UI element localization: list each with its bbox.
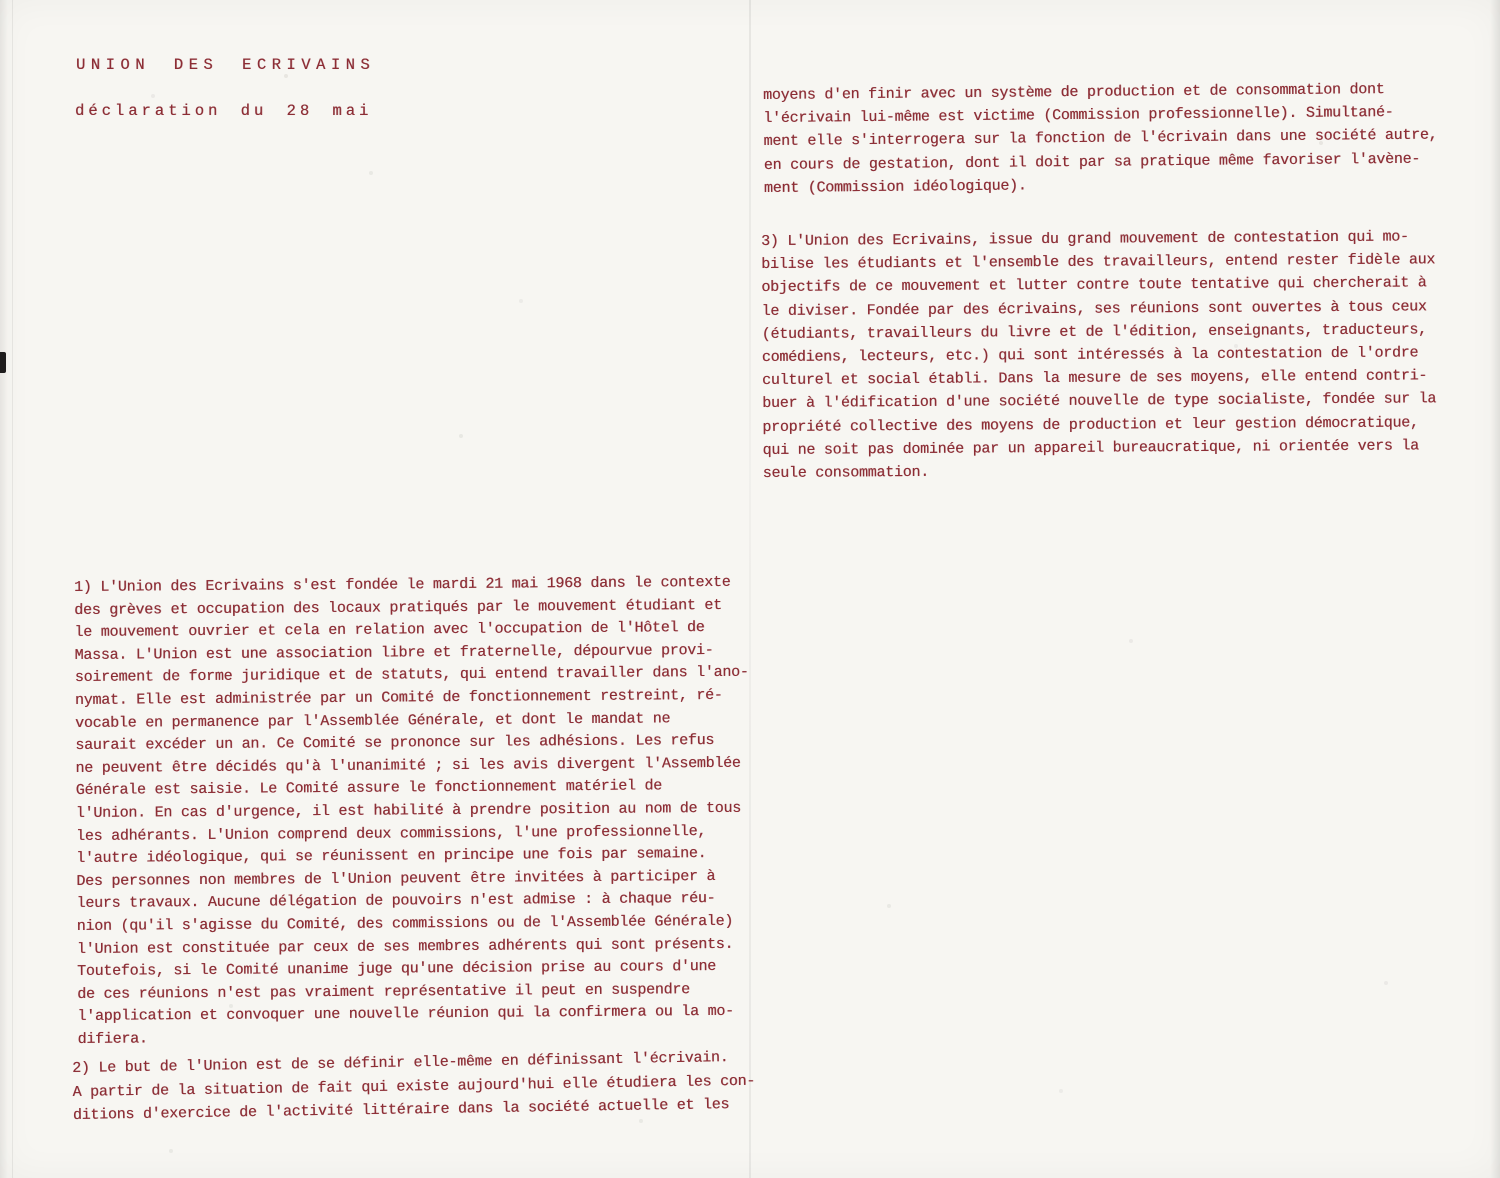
scan-speckles: [0, 0, 2, 2]
left-edge-shade: [0, 0, 8, 1178]
paragraph-3: 3) L'Union des Ecrivains, issue du grand…: [761, 225, 1478, 485]
right-edge-shade: [1490, 0, 1500, 1178]
scanned-document-page: UNION DES ECRIVAINS déclaration du 28 ma…: [0, 0, 1500, 1178]
left-fold-line: [12, 0, 13, 1178]
paragraph-2-continuation: moyens d'en finir avec un système de pro…: [763, 77, 1469, 200]
document-title: UNION DES ECRIVAINS: [76, 56, 375, 74]
left-edge-ink-mark: [0, 352, 6, 373]
document-subtitle: déclaration du 28 mai: [75, 102, 372, 120]
paragraph-2: 2) Le but de l'Union est de se définir e…: [72, 1045, 783, 1127]
paragraph-1: 1) L'Union des Ecrivains s'est fondée le…: [74, 571, 783, 1051]
